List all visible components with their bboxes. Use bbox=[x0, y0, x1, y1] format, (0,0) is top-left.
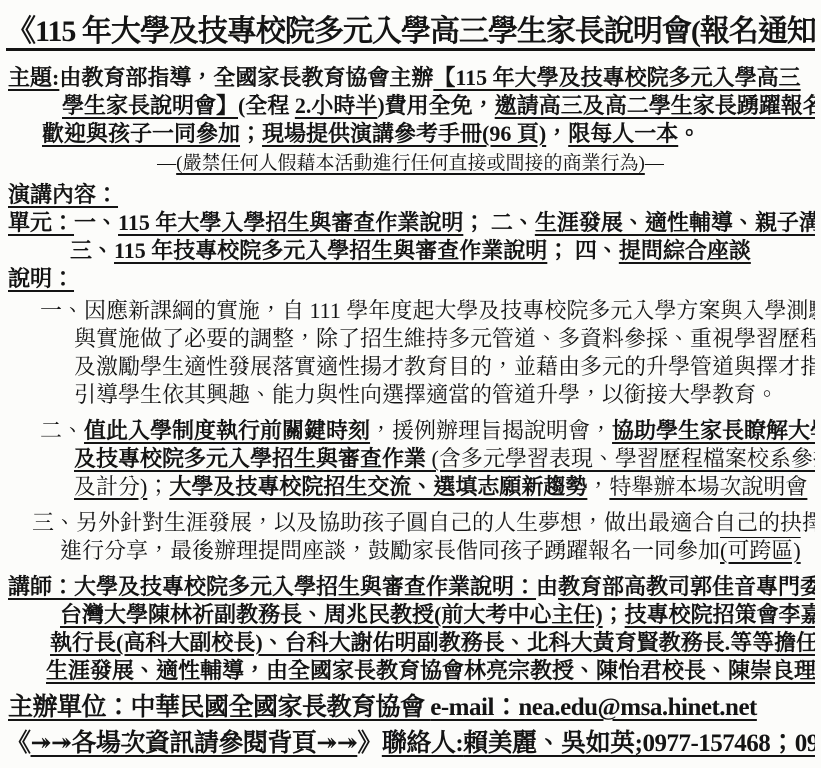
document-body: 《115 年大學及技專校院多元入學高三學生家長說明會(報名通知單)》A主題:由教… bbox=[6, 6, 815, 761]
text-run: 《 bbox=[6, 730, 31, 757]
text-run: — bbox=[157, 153, 176, 174]
text-run: (可跨區) bbox=[720, 538, 801, 563]
text-run: 由教育部指導，全國家長教育協會主辦 bbox=[59, 65, 433, 90]
no-commerce-note: —(嚴禁任何人假藉本活動進行任何直接或間接的商業行為)— bbox=[6, 150, 815, 177]
text-run: e-mail：nea.edu@msa.hinet.net bbox=[430, 694, 757, 721]
text-run: 一、 bbox=[74, 210, 118, 235]
text-run: ，援例辦理旨揭說明會， bbox=[370, 418, 612, 443]
text-run: ↠↠各場次資訊請參閱背頁↠↠ bbox=[31, 730, 358, 757]
text-run: 。 bbox=[678, 121, 700, 146]
text-run: 提問綜合座談 bbox=[619, 238, 751, 263]
text-run: 聯絡人: bbox=[382, 730, 463, 757]
text-run: 三、另外針對生涯發展，以及協助孩子圓自己的人生夢想，做出最適合自己的抉擇， bbox=[32, 510, 815, 535]
text-run: 0977-157468；0927-361313 bbox=[642, 730, 815, 757]
text-run: ， bbox=[546, 121, 568, 146]
desc-1-line-1: 一、因應新課綱的實施，自 111 學年度起大學及技專校院多元入學方案與入學測驗之… bbox=[6, 297, 815, 325]
lecturer-line-4: 生涯發展、適性輔導，由全國家長教育協會林亮宗教授、陳怡君校長、陳崇良理事長擔任。 bbox=[6, 657, 815, 685]
desc-2-line-2: 及技專校院多元入學招生與審查作業 (含多元學習表現、學習歷程檔案校系參採 bbox=[6, 445, 815, 473]
text-run: ； bbox=[147, 474, 169, 499]
text-run: 特舉辦本場次說明會 bbox=[609, 474, 807, 499]
text-run: 及技專校院多元入學招生與審查作業 bbox=[74, 446, 432, 471]
text-run: (含多元學習表現、學習歷程檔案校系參採 bbox=[432, 446, 815, 471]
text-run: 及激勵學生適性發展落實適性揚才教育目的，並藉由多元的升學管道與擇才指標， bbox=[74, 354, 815, 379]
text-run: 【115 年大學及技專校院多元入學高三 bbox=[433, 65, 800, 90]
desc-1-line-2: 與實施做了必要的調整，除了招生維持多元管道、多資料參採、重視學習歷程，以 bbox=[6, 325, 815, 353]
text-run: 2.小時半 bbox=[295, 93, 378, 118]
text-run: 學生家長說明會】 bbox=[62, 93, 238, 118]
text-run: 》 bbox=[357, 730, 382, 757]
text-run: 一、因應新課綱的實施，自 111 學年度起大學及技專校院多元入學方案與入學測驗之… bbox=[40, 298, 815, 323]
organizer-line: 主辦單位：中華民國全國家長教育協會 e-mail：nea.edu@msa.hin… bbox=[6, 691, 815, 725]
text-run: 生涯發展、適性輔導，由全國家長教育協會林亮宗教授、陳怡君校長、陳崇良理事長擔任。 bbox=[46, 658, 815, 683]
desc-3-line-2: 進行分享，最後辦理提問座談，鼓勵家長偕同孩子踴躍報名一同參加(可跨區) bbox=[6, 537, 815, 565]
text-run: 及計分) bbox=[74, 474, 147, 499]
text-run: 單元： bbox=[8, 210, 74, 235]
text-run: 與實施做了必要的調整，除了招生維持多元管道、多資料參採、重視學習歷程，以 bbox=[74, 326, 815, 351]
text-run: 現場提供演講參考手冊(96 頁) bbox=[262, 121, 546, 146]
text-run: 演講內容： bbox=[8, 182, 118, 207]
text-run: 歡迎與孩子一同參加 bbox=[42, 121, 240, 146]
desc-3-line-1: 三、另外針對生涯發展，以及協助孩子圓自己的人生夢想，做出最適合自己的抉擇， bbox=[6, 509, 815, 537]
lecturer-line-1: 講師：大學及技專校院多元入學招生與審查作業說明：由教育部高教司郭佳音專門委員、 bbox=[6, 573, 815, 601]
text-run: 說明： bbox=[8, 266, 74, 291]
text-run: 邀請高三及高二學生家長踴躍報名. bbox=[495, 93, 815, 118]
text-run: 限每人一本 bbox=[568, 121, 678, 146]
text-run: (嚴禁任何人假藉本活動進行任何直接或間接的商業行為) bbox=[176, 153, 645, 174]
units-line-2: 三、115 年技專校院多元入學招生與審查作業說明； 四、提問綜合座談 bbox=[6, 237, 815, 265]
text-run: 協助學生家長瞭解大學 bbox=[612, 418, 815, 443]
scanned-notice-page: 《115 年大學及技專校院多元入學高三學生家長說明會(報名通知單)》A主題:由教… bbox=[0, 0, 821, 768]
text-run: 進行分享，最後辦理提問座談，鼓勵家長偕同孩子踴躍報名一同參加 bbox=[60, 538, 720, 563]
lecturer-line-2: 台灣大學陳林祈副教務長、周兆民教授(前大考中心主任)；技專校院招策會李嘉紘 bbox=[6, 601, 815, 629]
text-run: 教育部高教司郭佳音專門委員、 bbox=[558, 574, 815, 599]
units-line-1: 單元：一、115 年大學入學招生與審查作業說明； 二、生涯發展、適性輔導、親子溝… bbox=[6, 209, 815, 237]
topic-line-3: 歡迎與孩子一同參加；現場提供演講參考手冊(96 頁)，限每人一本。 bbox=[6, 120, 815, 148]
text-run: 值此入學制度執行前關鍵時刻 bbox=[84, 418, 370, 443]
text-run: (全程 bbox=[238, 93, 295, 118]
text-run: 《115 年大學及技專校院多元入學高三學生家長說明會(報名通知單)》 bbox=[6, 15, 815, 48]
text-run: )費用全免， bbox=[377, 93, 494, 118]
desc-2-line-3: 及計分)；大學及技專校院招生交流、選填志願新趨勢，特舉辦本場次說明會。 bbox=[6, 473, 815, 501]
text-run: 講師： bbox=[8, 574, 74, 599]
text-run: ， bbox=[587, 474, 609, 499]
text-run: 115 年技專校院多元入學招生與審查作業說明 bbox=[114, 238, 547, 263]
topic-line-2: 學生家長說明會】(全程 2.小時半)費用全免，邀請高三及高二學生家長踴躍報名. bbox=[6, 92, 815, 120]
text-run: 引導學生依其興趣、能力與性向選擇適當的管道升學，以銜接大學教育。 bbox=[74, 382, 778, 407]
section-description: 說明： bbox=[6, 265, 815, 293]
text-run: 賴美麗、吳如英; bbox=[463, 730, 642, 757]
text-run: 大學及技專校院多元入學招生與審查作業說明： bbox=[74, 574, 536, 599]
text-run: — bbox=[645, 153, 664, 174]
text-run: ； bbox=[603, 602, 625, 627]
doc-title: 《115 年大學及技專校院多元入學高三學生家長說明會(報名通知單)》A bbox=[6, 6, 815, 58]
text-run: 台灣大學陳林祈副教務長、周兆民教授(前大考中心主任) bbox=[60, 602, 603, 627]
footer-contact-line: 《↠↠各場次資訊請參閱背頁↠↠》聯絡人:賴美麗、吳如英;0977-157468；… bbox=[6, 727, 815, 761]
text-run: 115 年大學入學招生與審查作業說明 bbox=[118, 210, 463, 235]
text-run: 大學及技專校院招生交流、選填志願新趨勢 bbox=[169, 474, 587, 499]
text-run: 。 bbox=[807, 474, 815, 499]
text-run: ； bbox=[240, 121, 262, 146]
topic-line-1: 主題:由教育部指導，全國家長教育協會主辦【115 年大學及技專校院多元入學高三 bbox=[6, 64, 815, 92]
desc-1-line-4: 引導學生依其興趣、能力與性向選擇適當的管道升學，以銜接大學教育。 bbox=[6, 381, 815, 409]
text-run: 執行長(高科大副校長)、台科大謝佑明副教務長、北科大黃育賢教務長.等等擔任 bbox=[50, 630, 815, 655]
desc-2-line-1: 二、值此入學制度執行前關鍵時刻，援例辦理旨揭說明會，協助學生家長瞭解大學 bbox=[6, 417, 815, 445]
text-run: 生涯發展、適性輔導、親子溝通 bbox=[535, 210, 815, 235]
desc-1-line-3: 及激勵學生適性發展落實適性揚才教育目的，並藉由多元的升學管道與擇才指標， bbox=[6, 353, 815, 381]
text-run: 由 bbox=[536, 574, 558, 599]
text-run: 主辦單位：中華民國全國家長教育協會 bbox=[8, 694, 430, 721]
text-run: 三、 bbox=[70, 238, 114, 263]
lecturer-line-3: 執行長(高科大副校長)、台科大謝佑明副教務長、北科大黃育賢教務長.等等擔任； bbox=[6, 629, 815, 657]
text-run: ； 二、 bbox=[463, 210, 535, 235]
text-run: 二、 bbox=[40, 418, 84, 443]
text-run: ； 四、 bbox=[547, 238, 619, 263]
section-speech-content: 演講內容： bbox=[6, 181, 815, 209]
text-run: 主題: bbox=[8, 65, 59, 90]
text-run: 技專校院招策會李嘉紘 bbox=[625, 602, 815, 627]
